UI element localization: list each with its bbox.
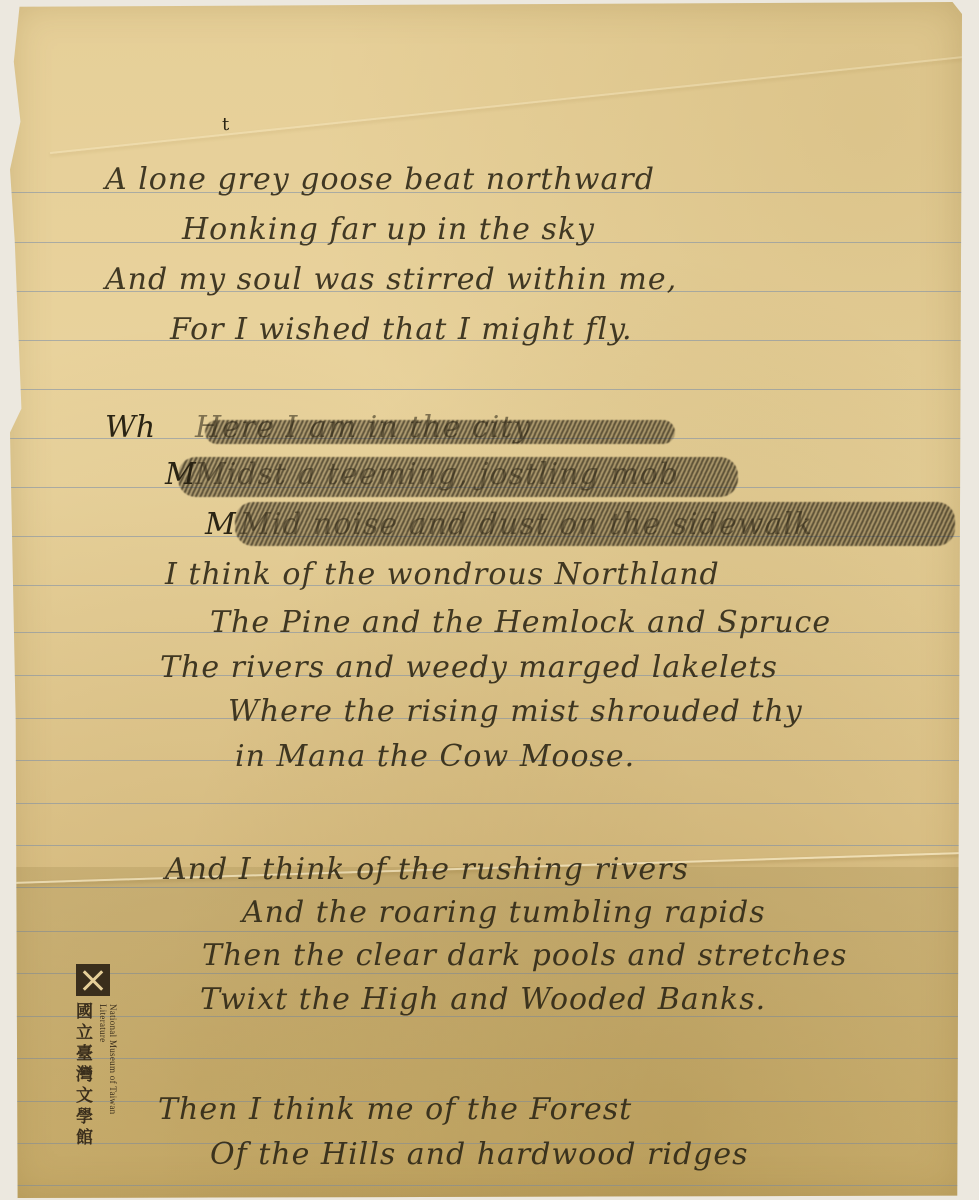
scribble-strikeout bbox=[205, 420, 675, 444]
manuscript-line: And my soul was stirred within me, bbox=[105, 262, 677, 297]
manuscript-line: For I wished that I might fly. bbox=[170, 312, 633, 347]
fold-crease bbox=[50, 56, 965, 154]
manuscript-line: A lone grey goose beat northward bbox=[105, 162, 655, 197]
museum-logo-icon bbox=[76, 964, 110, 996]
manuscript-line: And the roaring tumbling rapids bbox=[242, 895, 766, 930]
ruled-line bbox=[10, 803, 962, 804]
museum-name-english: National Museum of Taiwan Literature bbox=[98, 1004, 118, 1149]
manuscript-line: Then I think me of the Forest bbox=[158, 1092, 632, 1127]
manuscript-page: t A lone grey goose beat northward Honki… bbox=[10, 2, 962, 1198]
museum-name-cjk: 國立臺灣文學館 bbox=[76, 1002, 96, 1149]
scribble-strikeout bbox=[178, 457, 738, 497]
manuscript-line: Twixt the High and Wooded Banks. bbox=[200, 982, 766, 1017]
ruled-line bbox=[10, 389, 962, 390]
manuscript-line: And I think of the rushing rivers bbox=[165, 852, 689, 887]
manuscript-line: The Pine and the Hemlock and Spruce bbox=[210, 605, 831, 640]
museum-watermark: 國立臺灣文學館 National Museum of Taiwan Litera… bbox=[76, 964, 116, 1149]
manuscript-line: Where the rising mist shrouded thy bbox=[228, 694, 803, 729]
ruled-line bbox=[10, 845, 962, 846]
manuscript-line: in Mana the Cow Moose. bbox=[235, 739, 635, 774]
manuscript-line: The rivers and weedy marged lakelets bbox=[160, 650, 778, 685]
manuscript-line: Of the Hills and hardwood ridges bbox=[210, 1137, 749, 1172]
manuscript-line: I think of the wondrous Northland bbox=[165, 557, 720, 592]
manuscript-line: Honking far up in the sky bbox=[182, 212, 595, 247]
top-mark: t bbox=[222, 114, 229, 135]
manuscript-line: Then the clear dark pools and stretches bbox=[202, 938, 847, 973]
scribble-strikeout bbox=[235, 502, 955, 546]
struck-prefix: M bbox=[205, 507, 236, 542]
struck-prefix: Wh bbox=[105, 410, 155, 445]
